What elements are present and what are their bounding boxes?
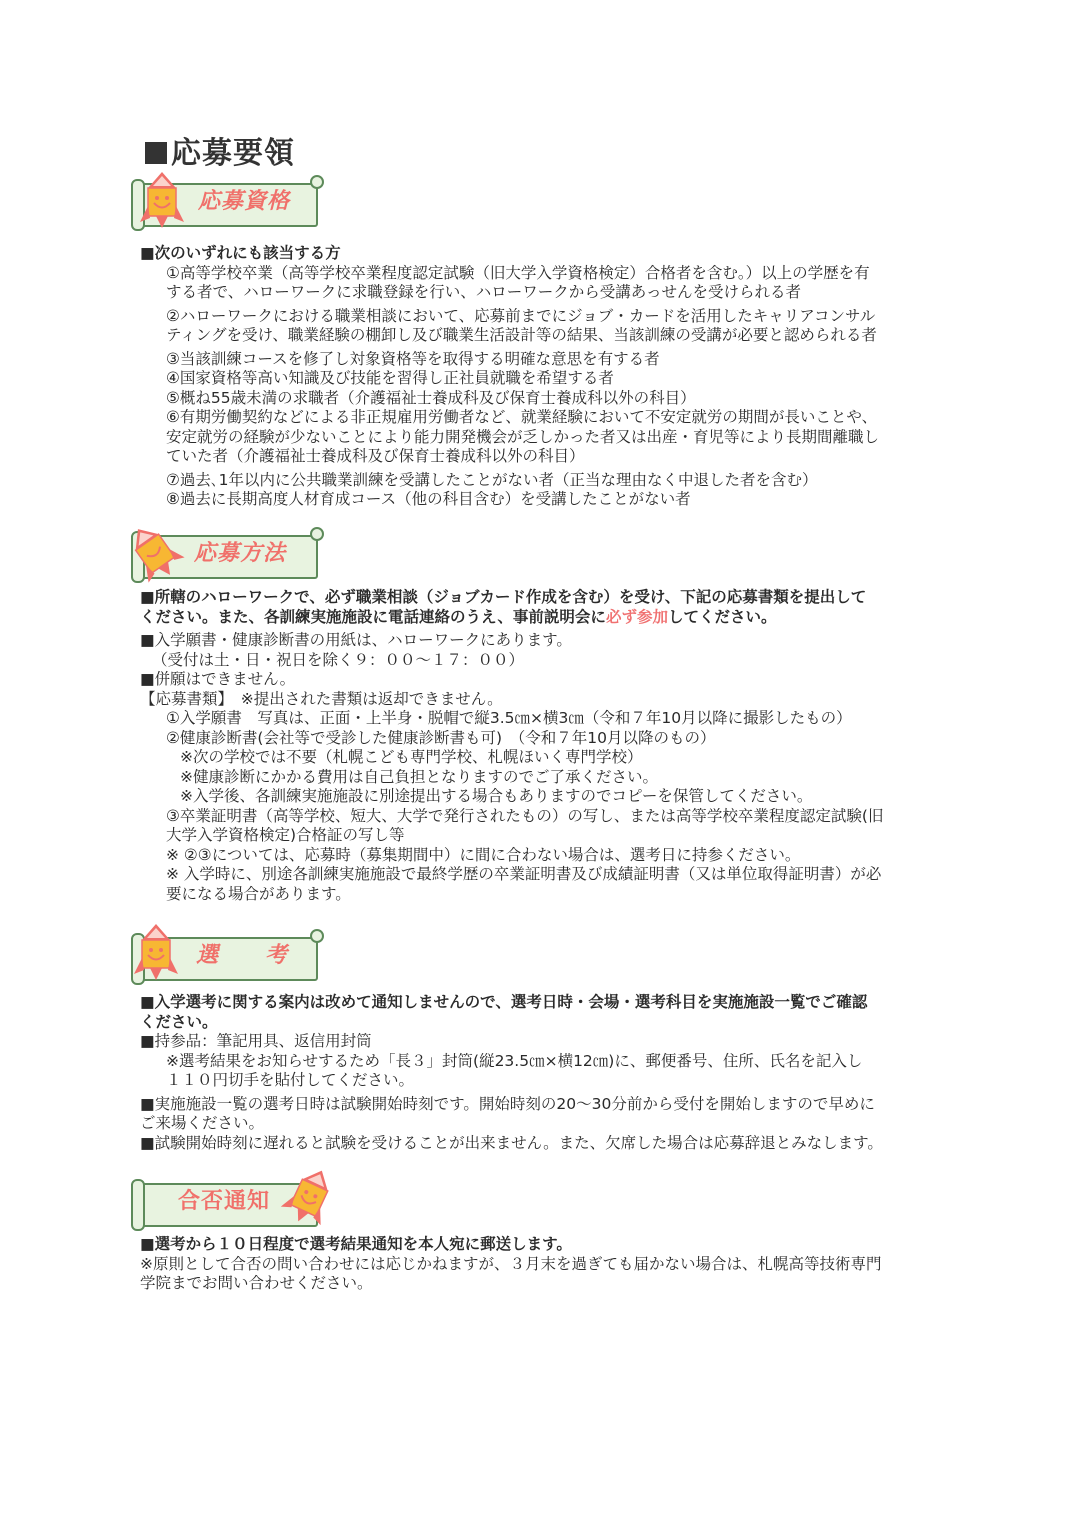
method-section: 所轄のハローワークで、必ず職業相談（ジョブカード作成を含む）を受け、下記の応募書… [140, 588, 950, 904]
text-span: ください。また、各訓練実施施設に電話連絡のうえ、事前説明会に [140, 608, 606, 626]
banner-label: 応募方法 [194, 536, 286, 567]
qualification-item-2: ②ハローワークにおける職業相談において、応募前までにジョブ・カードを活用したキャ… [140, 307, 950, 346]
text-line: ①高等学校卒業（高等学校卒業程度認定試験（旧大学入学資格検定）合格者を含む。）以… [166, 264, 950, 284]
bullet [140, 1095, 155, 1113]
qualification-lead: 次のいずれにも該当する方 [140, 244, 950, 264]
banner-qualification: 応募資格 [128, 178, 328, 228]
qualification-item-1: ①高等学校卒業（高等学校卒業程度認定試験（旧大学入学資格検定）合格者を含む。）以… [140, 264, 950, 303]
qualification-item-4: ④国家資格等高い知識及び技能を習得し正社員就職を希望する者 [140, 369, 950, 389]
selection-paragraph-3-cont: ご来場ください。 [140, 1114, 950, 1134]
note-2: ※ 入学時に、別途各訓練実施施設で最終学歴の卒業証明書及び成績証明書（又は単位取… [140, 865, 950, 885]
result-paragraph-1: 選考から１０日程度で選考結果通知を本人宛に郵送します。 [140, 1235, 950, 1255]
qualification-item-5: ⑤概ね55歳未満の求職者（介護福祉士養成科及び保育士養成科以外の科目） [140, 389, 950, 409]
result-section: 選考から１０日程度で選考結果通知を本人宛に郵送します。 ※原則として合否の問い合… [140, 1235, 950, 1294]
text-line: ⑥有期労働契約などによる非正規雇用労働者など、就業経験において不安定就労の期間が… [166, 408, 950, 428]
doc-2-note: ※次の学校では不要（札幌こども専門学校、札幌ほいく専門学校） [140, 748, 950, 768]
method-paragraph-2: 入学願書・健康診断書の用紙は、ハローワークにあります。 [155, 631, 572, 649]
method-paragraph-1-cont: ください。また、各訓練実施施設に電話連絡のうえ、事前説明会に必ず参加してください… [140, 608, 950, 628]
doc-1: ①入学願書 写真は、正面・上半身・脱帽で縦3.5㎝×横3㎝（令和７年10月以降に… [140, 709, 950, 729]
doc-2-note: ※入学後、各訓練実施施設に別途提出する場合もありますのでコピーを保管してください… [140, 787, 950, 807]
banner-label: 応募資格 [198, 184, 290, 215]
bullet [140, 1134, 155, 1152]
text-line: ティングを受け、職業経験の棚卸し及び職業生活設計等の結果、当該訓練の受講が必要と… [166, 326, 950, 346]
note-2-cont: 要になる場合があります。 [140, 885, 950, 905]
doc-2-note: ※健康診断にかかる費用は自己負担となりますのでご了承ください。 [140, 768, 950, 788]
result-note: ※原則として合否の問い合わせには応じかねますが、３月末を過ぎても届かない場合は、… [140, 1255, 950, 1275]
doc-3-cont: 大学入学資格検定)合格証の写し等 [140, 826, 950, 846]
note-1: ※ ②③については、応募時（募集期間中）に間に合わない場合は、選考日に持参くださ… [140, 846, 950, 866]
banner-selection: 選 考 [128, 932, 328, 982]
bullet [140, 670, 155, 688]
banner-method: 応募方法 [128, 530, 328, 580]
qualification-item-3: ③当該訓練コースを修了し対象資格等を取得する明確な意思を有する者 [140, 350, 950, 370]
pencil-mascot-icon [134, 924, 178, 980]
selection-paragraph-4: 試験開始時刻に遅れると試験を受けることが出来ません。また、欠席した場合は応募辞退… [155, 1134, 883, 1152]
text-line: する者で、ハローワークに求職登録を行い、ハローワークから受講あっせんを受けられる… [166, 283, 950, 303]
selection-paragraph-1: 入学選考に関する案内は改めて通知しませんので、選考日時・会場・選考科目を実施施設… [140, 993, 950, 1013]
selection-paragraph-1-cont: ください。 [140, 1013, 950, 1033]
page-title: 応募要領 [145, 128, 295, 172]
doc-2: ②健康診断書(会社等で受診した健康診断書も可) （令和７年10月以降のもの） [140, 729, 950, 749]
page-title-text: 応募要領 [171, 136, 295, 171]
text-span: してください。 [668, 608, 777, 626]
doc-3: ③卒業証明書（高等学校、短大、大学で発行されたもの）の写し、または高等学校卒業程… [140, 807, 950, 827]
reception-hours: （受付は土・日・祝日を除く９：００～１７：００） [140, 651, 950, 671]
envelope-note: ※選考結果をお知らせするため「長３」封筒(縦23.5㎝×横12㎝)に、郵便番号、… [140, 1052, 950, 1072]
qualification-item-6: ⑥有期労働契約などによる非正規雇用労働者など、就業経験において不安定就労の期間が… [140, 408, 950, 467]
selection-paragraph-3: 実施施設一覧の選考日時は試験開始時刻です。開始時刻の20～30分前から受付を開始… [155, 1095, 875, 1113]
text-line: ②ハローワークにおける職業相談において、応募前までにジョブ・カードを活用したキャ… [166, 307, 950, 327]
docs-header: 【応募書類】 ※提出された書類は返却できません。 [140, 690, 950, 710]
banner-result: 合否通知 [128, 1178, 348, 1228]
bullet [140, 631, 155, 649]
qualification-item-8: ⑧過去に長期高度人材育成コース（他の科目含む）を受講したことがない者 [140, 490, 950, 510]
text-line: ていた者（介護福祉士養成科及び保育士養成科以外の科目） [166, 447, 950, 467]
selection-section: 入学選考に関する案内は改めて通知しませんので、選考日時・会場・選考科目を実施施設… [140, 993, 950, 1153]
method-paragraph-3: 併願はできません。 [155, 670, 295, 688]
selection-items-to-bring: 持参品：筆記用具、返信用封筒 [155, 1032, 372, 1050]
highlight-must-attend: 必ず参加 [606, 608, 668, 626]
method-paragraph-1: 所轄のハローワークで、必ず職業相談（ジョブカード作成を含む）を受け、下記の応募書… [140, 588, 950, 608]
banner-label: 選 考 [196, 938, 288, 969]
square-bullet-icon [145, 142, 167, 164]
banner-label: 合否通知 [178, 1184, 270, 1215]
text-line: 安定就労の経験が少ないことにより能力開発機会が乏しかった者又は出産・育児等により… [166, 428, 950, 448]
qualification-section: 次のいずれにも該当する方 ①高等学校卒業（高等学校卒業程度認定試験（旧大学入学資… [140, 244, 950, 510]
qualification-item-7: ⑦過去､1年以内に公共職業訓練を受講したことがない者（正当な理由なく中退した者を… [140, 471, 950, 491]
bullet [140, 1032, 155, 1050]
result-note-cont: 学院までお問い合わせください。 [140, 1274, 950, 1294]
envelope-note-cont: １１０円切手を貼付してください。 [140, 1071, 950, 1091]
pencil-mascot-icon [140, 172, 184, 228]
